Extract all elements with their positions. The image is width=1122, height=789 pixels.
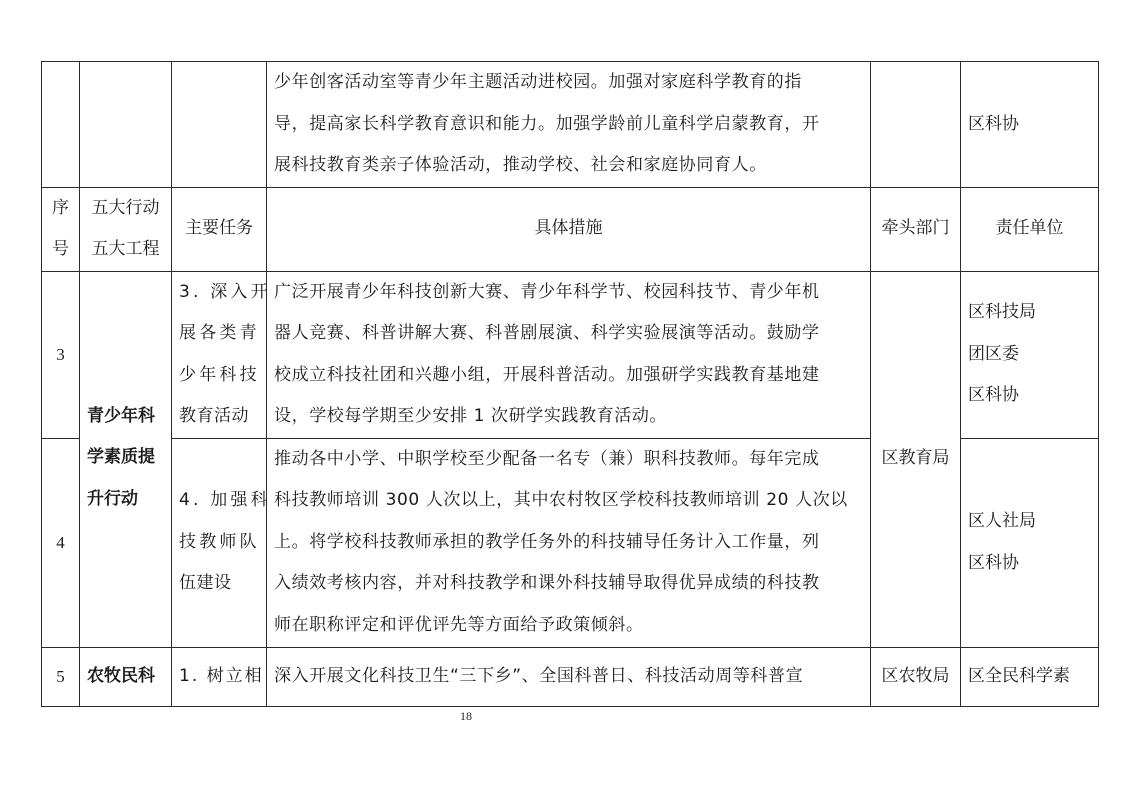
measure-line: 推动各中小学、中职学校至少配备一名专（兼）职科技教师。每年完成 — [274, 439, 864, 481]
header-action-line: 五大工程 — [80, 229, 171, 271]
cell-responsible: 区科技局 团区委 区科协 — [961, 271, 1099, 438]
task-line: 教育活动 — [179, 396, 262, 438]
table-row: 3 青少年科 学素质提 升行动 3. 深入开 展各类青 少年科技 教育活动 广泛… — [42, 271, 1099, 438]
header-responsible: 责任单位 — [961, 187, 1099, 271]
measure-line: 上。将学校科技教师承担的教学任务外的科技辅导任务计入工作量，列 — [274, 522, 864, 564]
responsible-unit: 区全民科学素 — [968, 656, 1098, 698]
measure-line: 设，学校每学期至少安排 1 次研学实践教育活动。 — [274, 396, 864, 438]
header-task: 主要任务 — [172, 187, 267, 271]
cell-lead-dept — [871, 62, 961, 188]
task-line: 伍建设 — [179, 563, 262, 605]
measure-line: 科技教师培训 300 人次以上，其中农村牧区学校科技教师培训 20 人次以 — [274, 480, 864, 522]
header-seq: 序 号 — [42, 187, 80, 271]
cell-task: 1. 树立相 — [172, 647, 267, 706]
task-line: 4. 加强科 — [179, 480, 262, 522]
action-line: 青少年科 — [87, 396, 171, 438]
measure-line: 少年创客活动室等青少年主题活动进校园。加强对家庭科学教育的指 — [274, 62, 864, 104]
cell-seq: 5 — [42, 647, 80, 706]
responsible-unit: 区科协 — [968, 543, 1098, 585]
action-line: 升行动 — [87, 479, 171, 521]
header-seq-line: 号 — [42, 229, 79, 271]
cell-task — [172, 62, 267, 188]
cell-seq — [42, 62, 80, 188]
measure-line: 广泛开展青少年科技创新大赛、青少年科学节、校园科技节、青少年机 — [274, 272, 864, 314]
responsible-unit: 区科协 — [968, 375, 1098, 417]
cell-task: 3. 深入开 展各类青 少年科技 教育活动 — [172, 271, 267, 438]
page-number: 18 — [460, 709, 472, 724]
responsible-unit: 团区委 — [968, 334, 1098, 376]
table-header-row: 序 号 五大行动 五大工程 主要任务 具体措施 牵头部门 责任单位 — [42, 187, 1099, 271]
cell-measures: 广泛开展青少年科技创新大赛、青少年科学节、校园科技节、青少年机 器人竞赛、科普讲… — [267, 271, 871, 438]
responsible-unit: 区科技局 — [968, 292, 1098, 334]
measure-line: 导，提高家长科学教育意识和能力。加强学龄前儿童科学启蒙教育，开 — [274, 104, 864, 146]
measure-line: 展科技教育类亲子体验活动，推动学校、社会和家庭协同育人。 — [274, 145, 864, 187]
action-line: 学素质提 — [87, 437, 171, 479]
cell-action: 农牧民科 — [80, 647, 172, 706]
table-row-continued: 少年创客活动室等青少年主题活动进校园。加强对家庭科学教育的指 导，提高家长科学教… — [42, 62, 1099, 188]
measure-line: 校成立科技社团和兴趣小组，开展科普活动。加强研学实践教育基地建 — [274, 355, 864, 397]
cell-responsible: 区全民科学素 — [961, 647, 1099, 706]
cell-measures: 深入开展文化科技卫生“三下乡”、全国科普日、科技活动周等科普宣 — [267, 647, 871, 706]
task-line: 少年科技 — [179, 355, 262, 397]
cell-action — [80, 62, 172, 188]
header-action-line: 五大行动 — [80, 188, 171, 230]
measure-line: 深入开展文化科技卫生“三下乡”、全国科普日、科技活动周等科普宣 — [274, 656, 864, 698]
cell-seq: 3 — [42, 271, 80, 438]
measure-line: 师在职称评定和评优评先等方面给予政策倾斜。 — [274, 605, 864, 647]
task-line: 技教师队 — [179, 522, 262, 564]
header-action: 五大行动 五大工程 — [80, 187, 172, 271]
cell-responsible: 区科协 — [961, 62, 1099, 188]
cell-task: 4. 加强科 技教师队 伍建设 — [172, 438, 267, 647]
cell-lead-dept-group: 区教育局 — [871, 271, 961, 647]
task-line: 展各类青 — [179, 313, 262, 355]
cell-responsible: 区人社局 区科协 — [961, 438, 1099, 647]
cell-action-group: 青少年科 学素质提 升行动 — [80, 271, 172, 647]
measures-table: 少年创客活动室等青少年主题活动进校园。加强对家庭科学教育的指 导，提高家长科学教… — [41, 61, 1099, 707]
header-seq-line: 序 — [42, 188, 79, 230]
header-measures: 具体措施 — [267, 187, 871, 271]
table-row: 5 农牧民科 1. 树立相 深入开展文化科技卫生“三下乡”、全国科普日、科技活动… — [42, 647, 1099, 706]
cell-lead-dept: 区农牧局 — [871, 647, 961, 706]
task-line: 3. 深入开 — [179, 272, 262, 314]
header-lead-dept: 牵头部门 — [871, 187, 961, 271]
cell-seq: 4 — [42, 438, 80, 647]
cell-measures: 推动各中小学、中职学校至少配备一名专（兼）职科技教师。每年完成 科技教师培训 3… — [267, 438, 871, 647]
responsible-unit: 区科协 — [968, 104, 1098, 146]
measure-line: 入绩效考核内容，并对科技教学和课外科技辅导取得优异成绩的科技教 — [274, 563, 864, 605]
cell-measures: 少年创客活动室等青少年主题活动进校园。加强对家庭科学教育的指 导，提高家长科学教… — [267, 62, 871, 188]
responsible-unit: 区人社局 — [968, 501, 1098, 543]
task-line: 1. 树立相 — [179, 656, 262, 698]
measure-line: 器人竞赛、科普讲解大赛、科普剧展演、科学实验展演等活动。鼓励学 — [274, 313, 864, 355]
